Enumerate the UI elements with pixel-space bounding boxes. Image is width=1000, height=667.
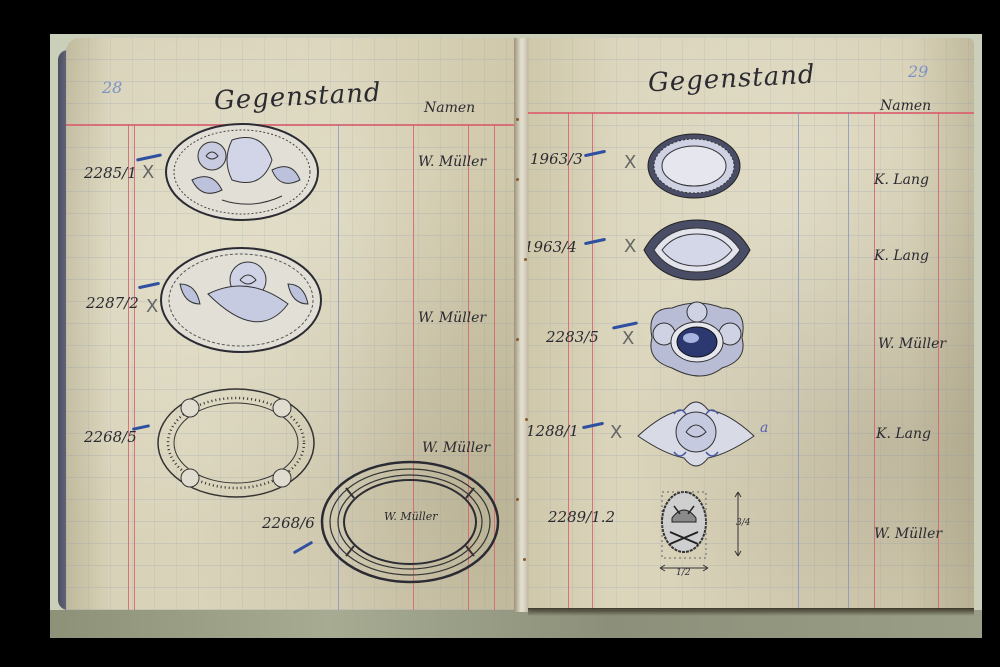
entry-name: W. Müller bbox=[418, 310, 486, 326]
entry-ref: 1963/4 bbox=[528, 238, 577, 256]
entry-ref: 2268/6 bbox=[262, 514, 315, 532]
floral-cabochon-brooch-drawing bbox=[642, 298, 752, 384]
frame-inner-note: W. Müller bbox=[384, 510, 438, 523]
entry-name: W. Müller bbox=[418, 154, 486, 170]
check-x-mark: X bbox=[142, 162, 154, 183]
entry-ref: 2285/1 bbox=[84, 164, 137, 182]
page-number: 28 bbox=[102, 78, 122, 97]
margin-red-rule bbox=[128, 124, 129, 610]
check-x-mark: X bbox=[624, 236, 636, 257]
column-blue-rule-2 bbox=[848, 112, 849, 610]
check-x-mark: X bbox=[622, 328, 634, 349]
rose-scroll-brooch-drawing bbox=[634, 392, 758, 474]
entry-ref: 2289/1.2 bbox=[548, 508, 615, 526]
beaded-oval-frame-drawing bbox=[154, 384, 318, 502]
rose-oval-brooch-drawing bbox=[162, 120, 322, 224]
check-x-mark: X bbox=[610, 422, 622, 443]
entry-ref: 1963/3 bbox=[530, 150, 583, 168]
check-x-mark: X bbox=[624, 152, 636, 173]
lozenge-frame-drawing bbox=[640, 216, 754, 284]
check-x-mark: X bbox=[146, 296, 158, 317]
entry-ref: 1288/1 bbox=[528, 422, 579, 440]
right-page: 29 Gegenstand Namen 1963/3 X K. Lang 196… bbox=[528, 38, 974, 610]
left-page: 28 Gegenstand Namen 2285/1 X W. Müller 2… bbox=[66, 38, 518, 610]
entry-ref: 2287/2 bbox=[86, 294, 139, 312]
side-note: a bbox=[760, 420, 768, 436]
margin-red-rule bbox=[568, 112, 569, 610]
entry-ref: 2283/5 bbox=[546, 328, 599, 346]
entry-name: W. Müller bbox=[422, 440, 490, 456]
ornate-oval-frame-drawing bbox=[646, 132, 742, 200]
margin-red-rule-2 bbox=[592, 112, 593, 610]
entry-ref: 2268/5 bbox=[84, 428, 137, 446]
entry-name: K. Lang bbox=[874, 248, 929, 264]
column-header-names: Namen bbox=[880, 98, 931, 114]
column-blue-rule bbox=[798, 112, 799, 610]
open-ledger-book: 28 Gegenstand Namen 2285/1 X W. Müller 2… bbox=[58, 38, 978, 616]
entry-name: K. Lang bbox=[876, 426, 931, 442]
entry-name: K. Lang bbox=[874, 172, 929, 188]
large-rose-oval-brooch-drawing bbox=[158, 244, 324, 356]
entry-name: W. Müller bbox=[878, 336, 946, 352]
page-number: 29 bbox=[908, 62, 928, 81]
margin-red-rule-2 bbox=[134, 124, 135, 610]
page-bottom-shadow bbox=[528, 608, 974, 616]
height-dimension: 3/4 bbox=[736, 518, 750, 528]
width-dimension: 1/2 bbox=[676, 568, 690, 578]
entry-name: W. Müller bbox=[874, 526, 942, 542]
column-header-names: Namen bbox=[424, 100, 475, 116]
helmet-wreath-badge-drawing bbox=[656, 488, 776, 582]
